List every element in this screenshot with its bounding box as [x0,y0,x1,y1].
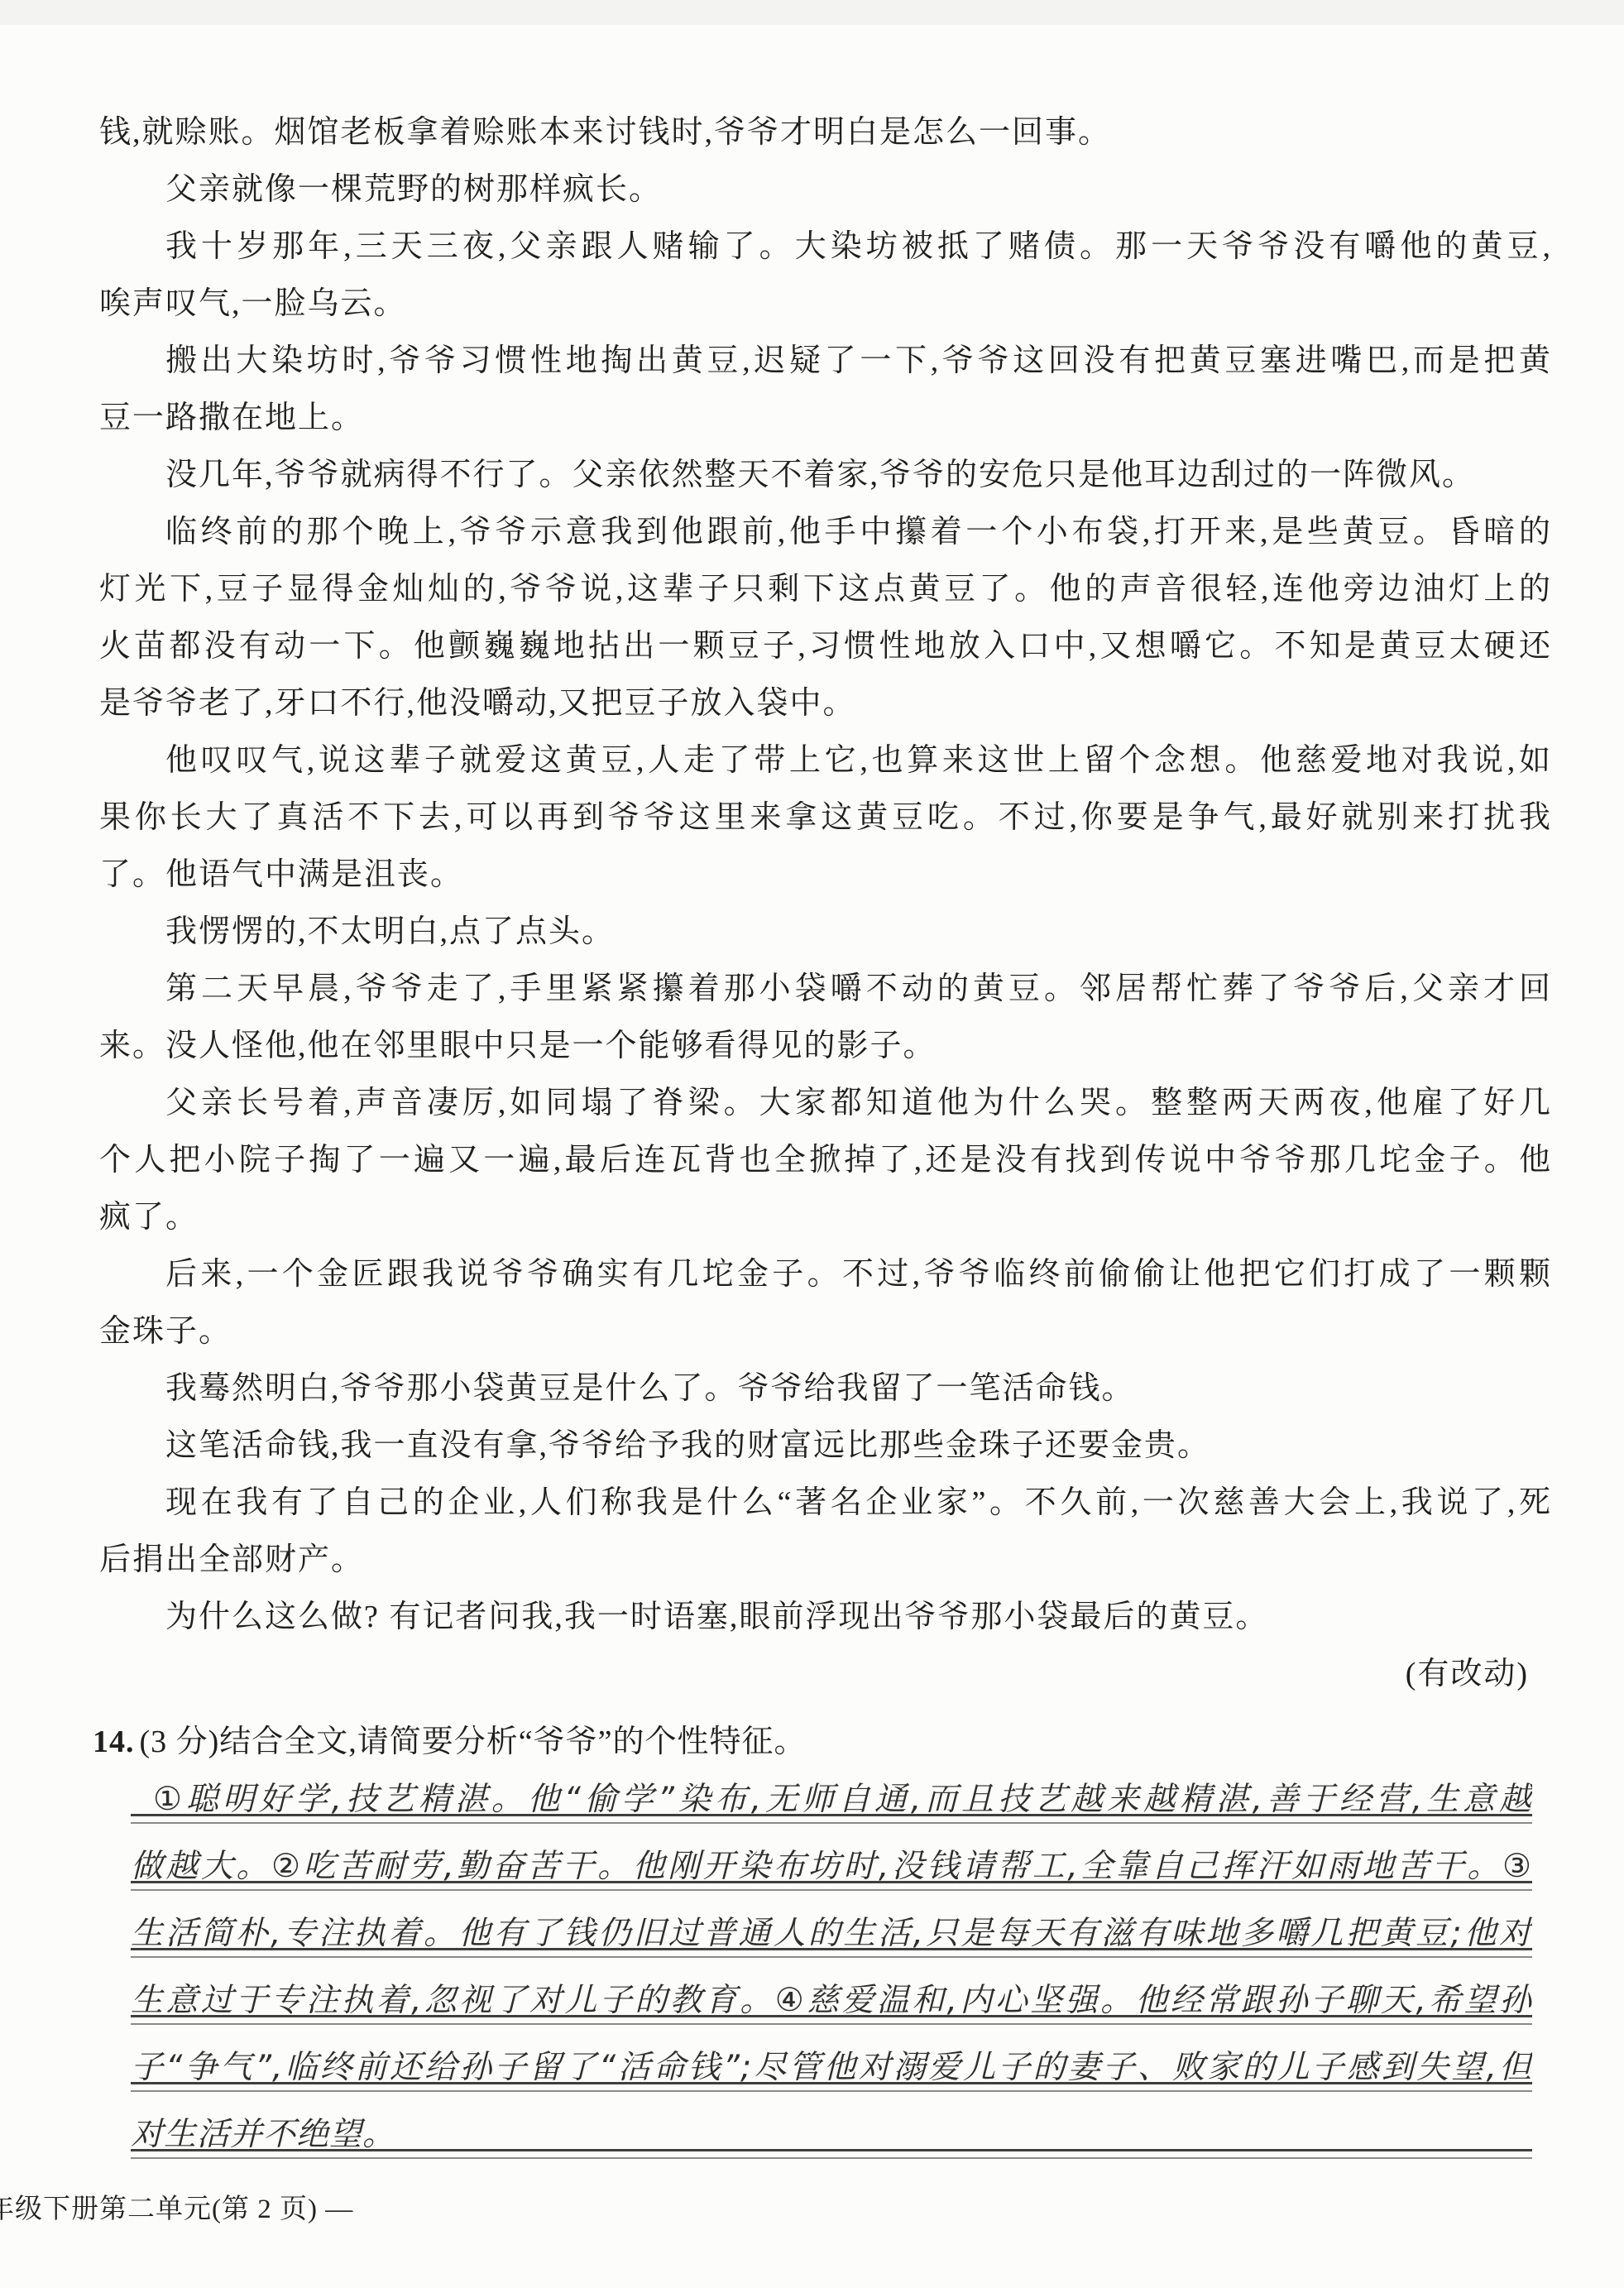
answer-line: ①聪明好学,技艺精湛。他“偷学”染布,无师自通,而且技艺越来越精湛,善于经营,生… [131,1771,1532,1838]
story-line: 这笔活命钱,我一直没有拿,爷爷给予我的财富远比那些金珠子还要金贵。 [99,1417,1552,1475]
exam-page: 钱,就赊账。烟馆老板拿着赊账本来讨钱时,爷爷才明白是怎么一回事。 父亲就像一棵荒… [0,0,1624,2288]
answer-line: 对生活并不绝望。 [131,2106,1532,2173]
question-14: 14.(3 分)结合全文,请简要分析“爷爷”的个性特征。 [93,1713,1549,1771]
question-text: (3 分)结合全文,请简要分析“爷爷”的个性特征。 [140,1724,807,1759]
story-line: 钱,就赊账。烟馆老板拿着赊账本来讨钱时,爷爷才明白是怎么一回事。 [99,104,1552,161]
story-line: 搬出大染坊时,爷爷习惯性地掏出黄豆,迟疑了一下,爷爷这回没有把黄豆塞进嘴巴,而是… [99,333,1552,390]
story-line: 后来,一个金匠跟我说爷爷确实有几坨金子。不过,爷爷临终前偷偷让他把它们打成了一颗… [99,1246,1552,1303]
answer-area: ①聪明好学,技艺精湛。他“偷学”染布,无师自通,而且技艺越来越精湛,善于经营,生… [131,1771,1532,2173]
story-line: 我蓦然明白,爷爷那小袋黄豆是什么了。爷爷给我留了一笔活命钱。 [99,1360,1552,1417]
story-line: 是爷爷老了,牙口不行,他没嚼动,又把豆子放入袋中。 [99,675,1552,732]
answer-line: 子“争气”,临终前还给孙子留了“活命钱”;尽管他对溺爱儿子的妻子、败家的儿子感到… [131,2039,1532,2106]
story-line: 果你长大了真活不下去,可以再到爷爷这里来拿这黄豆吃。不过,你要是争气,最好就别来… [99,789,1552,847]
story-line: 我愣愣的,不太明白,点了点头。 [99,904,1552,961]
story-line: 第二天早晨,爷爷走了,手里紧紧攥着那小袋嚼不动的黄豆。邻居帮忙葬了爷爷后,父亲才… [99,961,1552,1018]
story-line: 现在我有了自己的企业,人们称我是什么“著名企业家”。不久前,一次慈善大会上,我说… [99,1475,1552,1532]
story-line: 父亲就像一棵荒野的树那样疯长。 [99,161,1552,218]
reading-passage: 钱,就赊账。烟馆老板拿着赊账本来讨钱时,爷爷才明白是怎么一回事。 父亲就像一棵荒… [99,104,1552,1703]
story-line: 豆一路撒在地上。 [99,390,1552,447]
story-line: 火苗都没有动一下。他颤巍巍地拈出一颗豆子,习惯性地放入口中,又想嚼它。不知是黄豆… [99,618,1552,675]
story-line: 后捐出全部财产。 [99,1532,1552,1589]
story-line: 没几年,爷爷就病得不行了。父亲依然整天不着家,爷爷的安危只是他耳边刮过的一阵微风… [99,447,1552,504]
page-footer-text: 年级下册第二单元(第 2 页) — [0,2194,353,2224]
answer-line: 生意过于专注执着,忽视了对儿子的教育。④慈爱温和,内心坚强。他经常跟孙子聊天,希… [131,1972,1532,2039]
story-line: 疯了。 [99,1189,1552,1246]
story-line: 灯光下,豆子显得金灿灿的,爷爷说,这辈子只剩下这点黄豆了。他的声音很轻,连他旁边… [99,561,1552,618]
scan-edge-band [0,0,1624,25]
question-number: 14. [93,1724,135,1759]
page-footer: 年级下册第二单元(第 2 页) — [0,2185,353,2234]
story-line: 为什么这么做? 有记者问我,我一时语塞,眼前浮现出爷爷那小袋最后的黄豆。 [99,1589,1552,1646]
attribution-note: (有改动) [99,1646,1552,1703]
story-line: 他叹叹气,说这辈子就爱这黄豆,人走了带上它,也算来这世上留个念想。他慈爱地对我说… [99,732,1552,789]
story-line: 来。没人怪他,他在邻里眼中只是一个能够看得见的影子。 [99,1018,1552,1075]
story-line: 临终前的那个晚上,爷爷示意我到他跟前,他手中攥着一个小布袋,打开来,是些黄豆。昏… [99,504,1552,561]
answer-line: 生活简朴,专注执着。他有了钱仍旧过普通人的生活,只是每天有滋有味地多嚼几把黄豆;… [131,1905,1532,1972]
answer-line: 做越大。②吃苦耐劳,勤奋苦干。他刚开染布坊时,没钱请帮工,全靠自己挥汗如雨地苦干… [131,1838,1532,1905]
story-line: 我十岁那年,三天三夜,父亲跟人赌输了。大染坊被抵了赌债。那一天爷爷没有嚼他的黄豆… [99,218,1552,276]
story-line: 唉声叹气,一脸乌云。 [99,276,1552,333]
story-line: 金珠子。 [99,1303,1552,1360]
story-line: 个人把小院子掏了一遍又一遍,最后连瓦背也全掀掉了,还是没有找到传说中爷爷那几坨金… [99,1132,1552,1189]
story-line: 父亲长号着,声音凄厉,如同塌了脊梁。大家都知道他为什么哭。整整两天两夜,他雇了好… [99,1075,1552,1132]
story-line: 了。他语气中满是沮丧。 [99,847,1552,904]
